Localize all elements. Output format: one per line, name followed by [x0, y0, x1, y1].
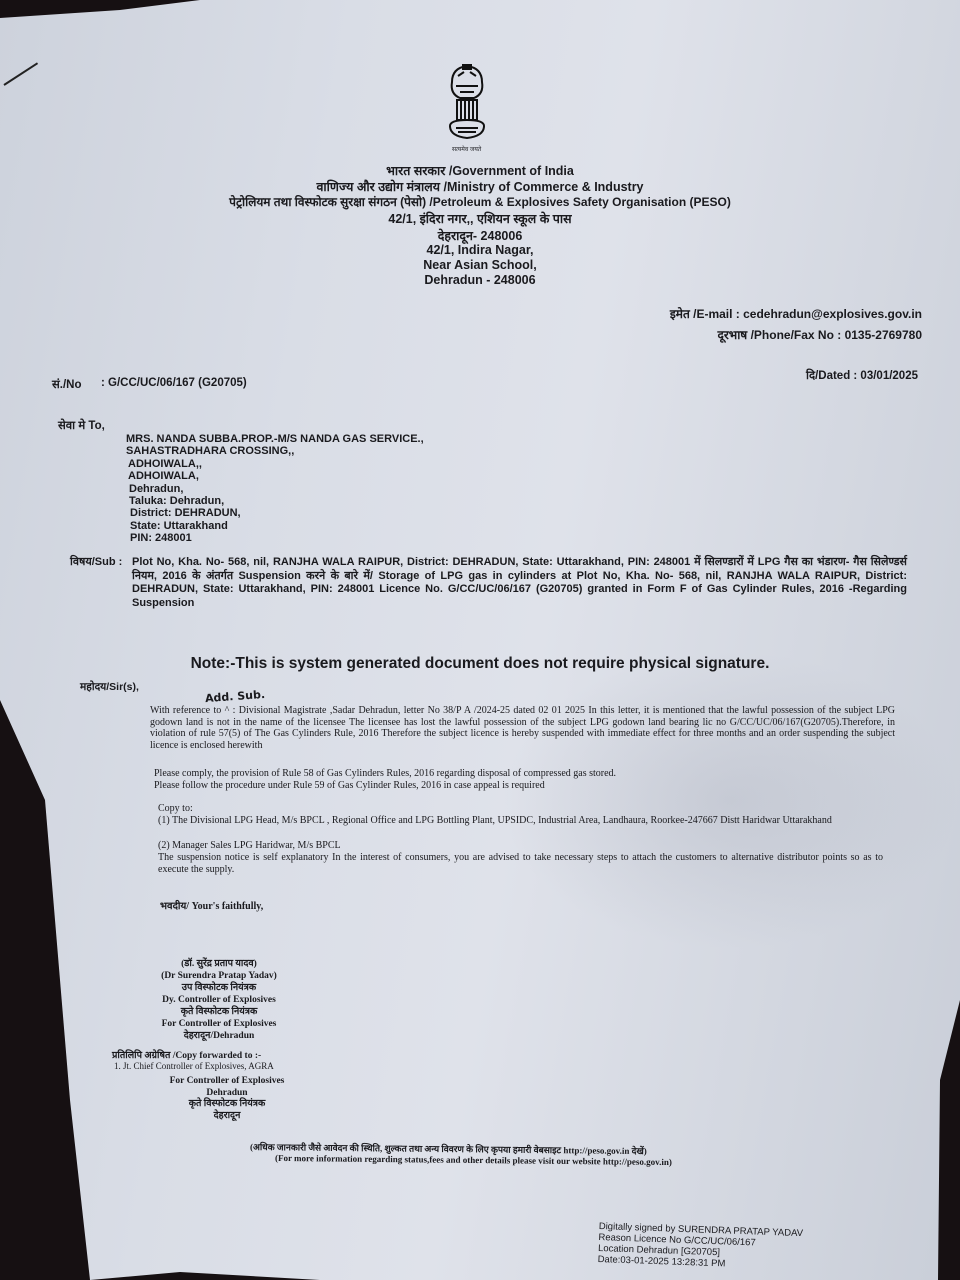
salutation: महोदय/Sir(s),: [80, 680, 139, 694]
recipient-line: PIN: 248001: [130, 532, 424, 544]
recipient-address: MRS. NANDA SUBBA.PROP.-M/S NANDA GAS SER…: [126, 433, 424, 545]
recipient-line: Taluka: Dehradun,: [129, 495, 424, 507]
header-line-address-3: Dehradun - 248006: [0, 273, 960, 287]
closing-paragraph: The suspension notice is self explanator…: [158, 852, 883, 875]
header-line-city-hindi: देहरादून- 248006: [0, 227, 960, 244]
header-line-government: भारत सरकार /Government of India: [0, 162, 960, 179]
signatory-location: देहरादून/Dehradun: [124, 1030, 314, 1042]
paper-shadow: [500, 650, 960, 950]
header-line-organisation: पेट्रोलियम तथा विस्फोटक सुरक्षा संगठन (प…: [0, 193, 960, 210]
recipient-line: Dehradun,: [129, 483, 424, 495]
reference-dated: दि/Dated : 03/01/2025: [806, 368, 918, 383]
signatory-for-hindi: कृते विस्फोटक नियंत्रक: [124, 1006, 314, 1018]
national-emblem-icon: [444, 62, 490, 144]
copy-to-item-2: (2) Manager Sales LPG Haridwar, M/s BPCL: [158, 840, 341, 851]
reference-no-label: सं./No: [52, 377, 82, 392]
signatory-name-hindi: (डॉ. सुरेंद्र प्रताप यादव): [124, 958, 314, 970]
signatory-name: (Dr Surendra Pratap Yadav): [124, 970, 314, 982]
copy-sign-line: For Controller of Explosives: [132, 1076, 322, 1088]
closing-faithfully: भवदीय/ Your's faithfully,: [160, 898, 263, 912]
header-line-address-hindi: 42/1, इंदिरा नगर,, एशियन स्कूल के पास: [0, 210, 960, 227]
copy-to-item-1: (1) The Divisional LPG Head, M/s BPCL , …: [158, 815, 898, 827]
digital-signature: Digitally signed by SURENDRA PRATAP YADA…: [597, 1221, 803, 1272]
body-comply-line: Please comply, the provision of Rule 58 …: [154, 768, 616, 779]
body-paragraph-1: With reference to ^ : Divisional Magistr…: [150, 705, 895, 751]
header-line-address-2: Near Asian School,: [0, 258, 960, 272]
copy-forwarded-item: 1. Jt. Chief Controller of Explosives, A…: [114, 1061, 274, 1071]
contact-email: इमेत /E-mail : cedehradun@explosives.gov…: [670, 305, 922, 322]
copy-sign-line: Dehradun: [132, 1088, 322, 1100]
signatory-for: For Controller of Explosives: [124, 1018, 314, 1030]
signatory-block: (डॉ. सुरेंद्र प्रताप यादव) (Dr Surendra …: [124, 958, 314, 1042]
copy-sign-line: देहरादून: [132, 1111, 322, 1123]
recipient-line: ADHOIWALA,: [128, 470, 424, 482]
recipient-line: SAHASTRADHARA CROSSING,,: [126, 445, 424, 457]
subject-label: विषय/Sub :: [70, 556, 122, 570]
copy-forwarded-sign: For Controller of Explosives Dehradun कृ…: [132, 1076, 322, 1122]
subject-text: Plot No, Kha. No- 568, nil, RANJHA WALA …: [132, 556, 907, 610]
recipient-line: ADHOIWALA,,: [128, 458, 424, 470]
copy-to-label: Copy to:: [158, 803, 193, 814]
system-generated-note: Note:-This is system generated document …: [0, 655, 960, 673]
recipient-line: District: DEHRADUN,: [130, 507, 424, 519]
signatory-title: Dy. Controller of Explosives: [124, 994, 314, 1006]
copy-sign-line: कृते विस्फोटक नियंत्रक: [132, 1099, 322, 1111]
signatory-title-hindi: उप विस्फोटक नियंत्रक: [124, 982, 314, 994]
emblem-caption: सत्यमेव जयते: [452, 145, 481, 153]
contact-phone: दूरभाष /Phone/Fax No : 0135-2769780: [717, 326, 922, 343]
reference-no-value: : G/CC/UC/06/167 (G20705): [101, 377, 247, 389]
body-appeal-line: Please follow the procedure under Rule 5…: [154, 780, 545, 791]
copy-forwarded-label: प्रतिलिपि अग्रेषित /Copy forwarded to :-: [112, 1048, 261, 1061]
recipient-label: सेवा मे To,: [58, 418, 105, 433]
recipient-line: MRS. NANDA SUBBA.PROP.-M/S NANDA GAS SER…: [126, 433, 424, 445]
recipient-line: State: Uttarakhand: [130, 520, 424, 532]
header-line-address-1: 42/1, Indira Nagar,: [0, 243, 960, 257]
